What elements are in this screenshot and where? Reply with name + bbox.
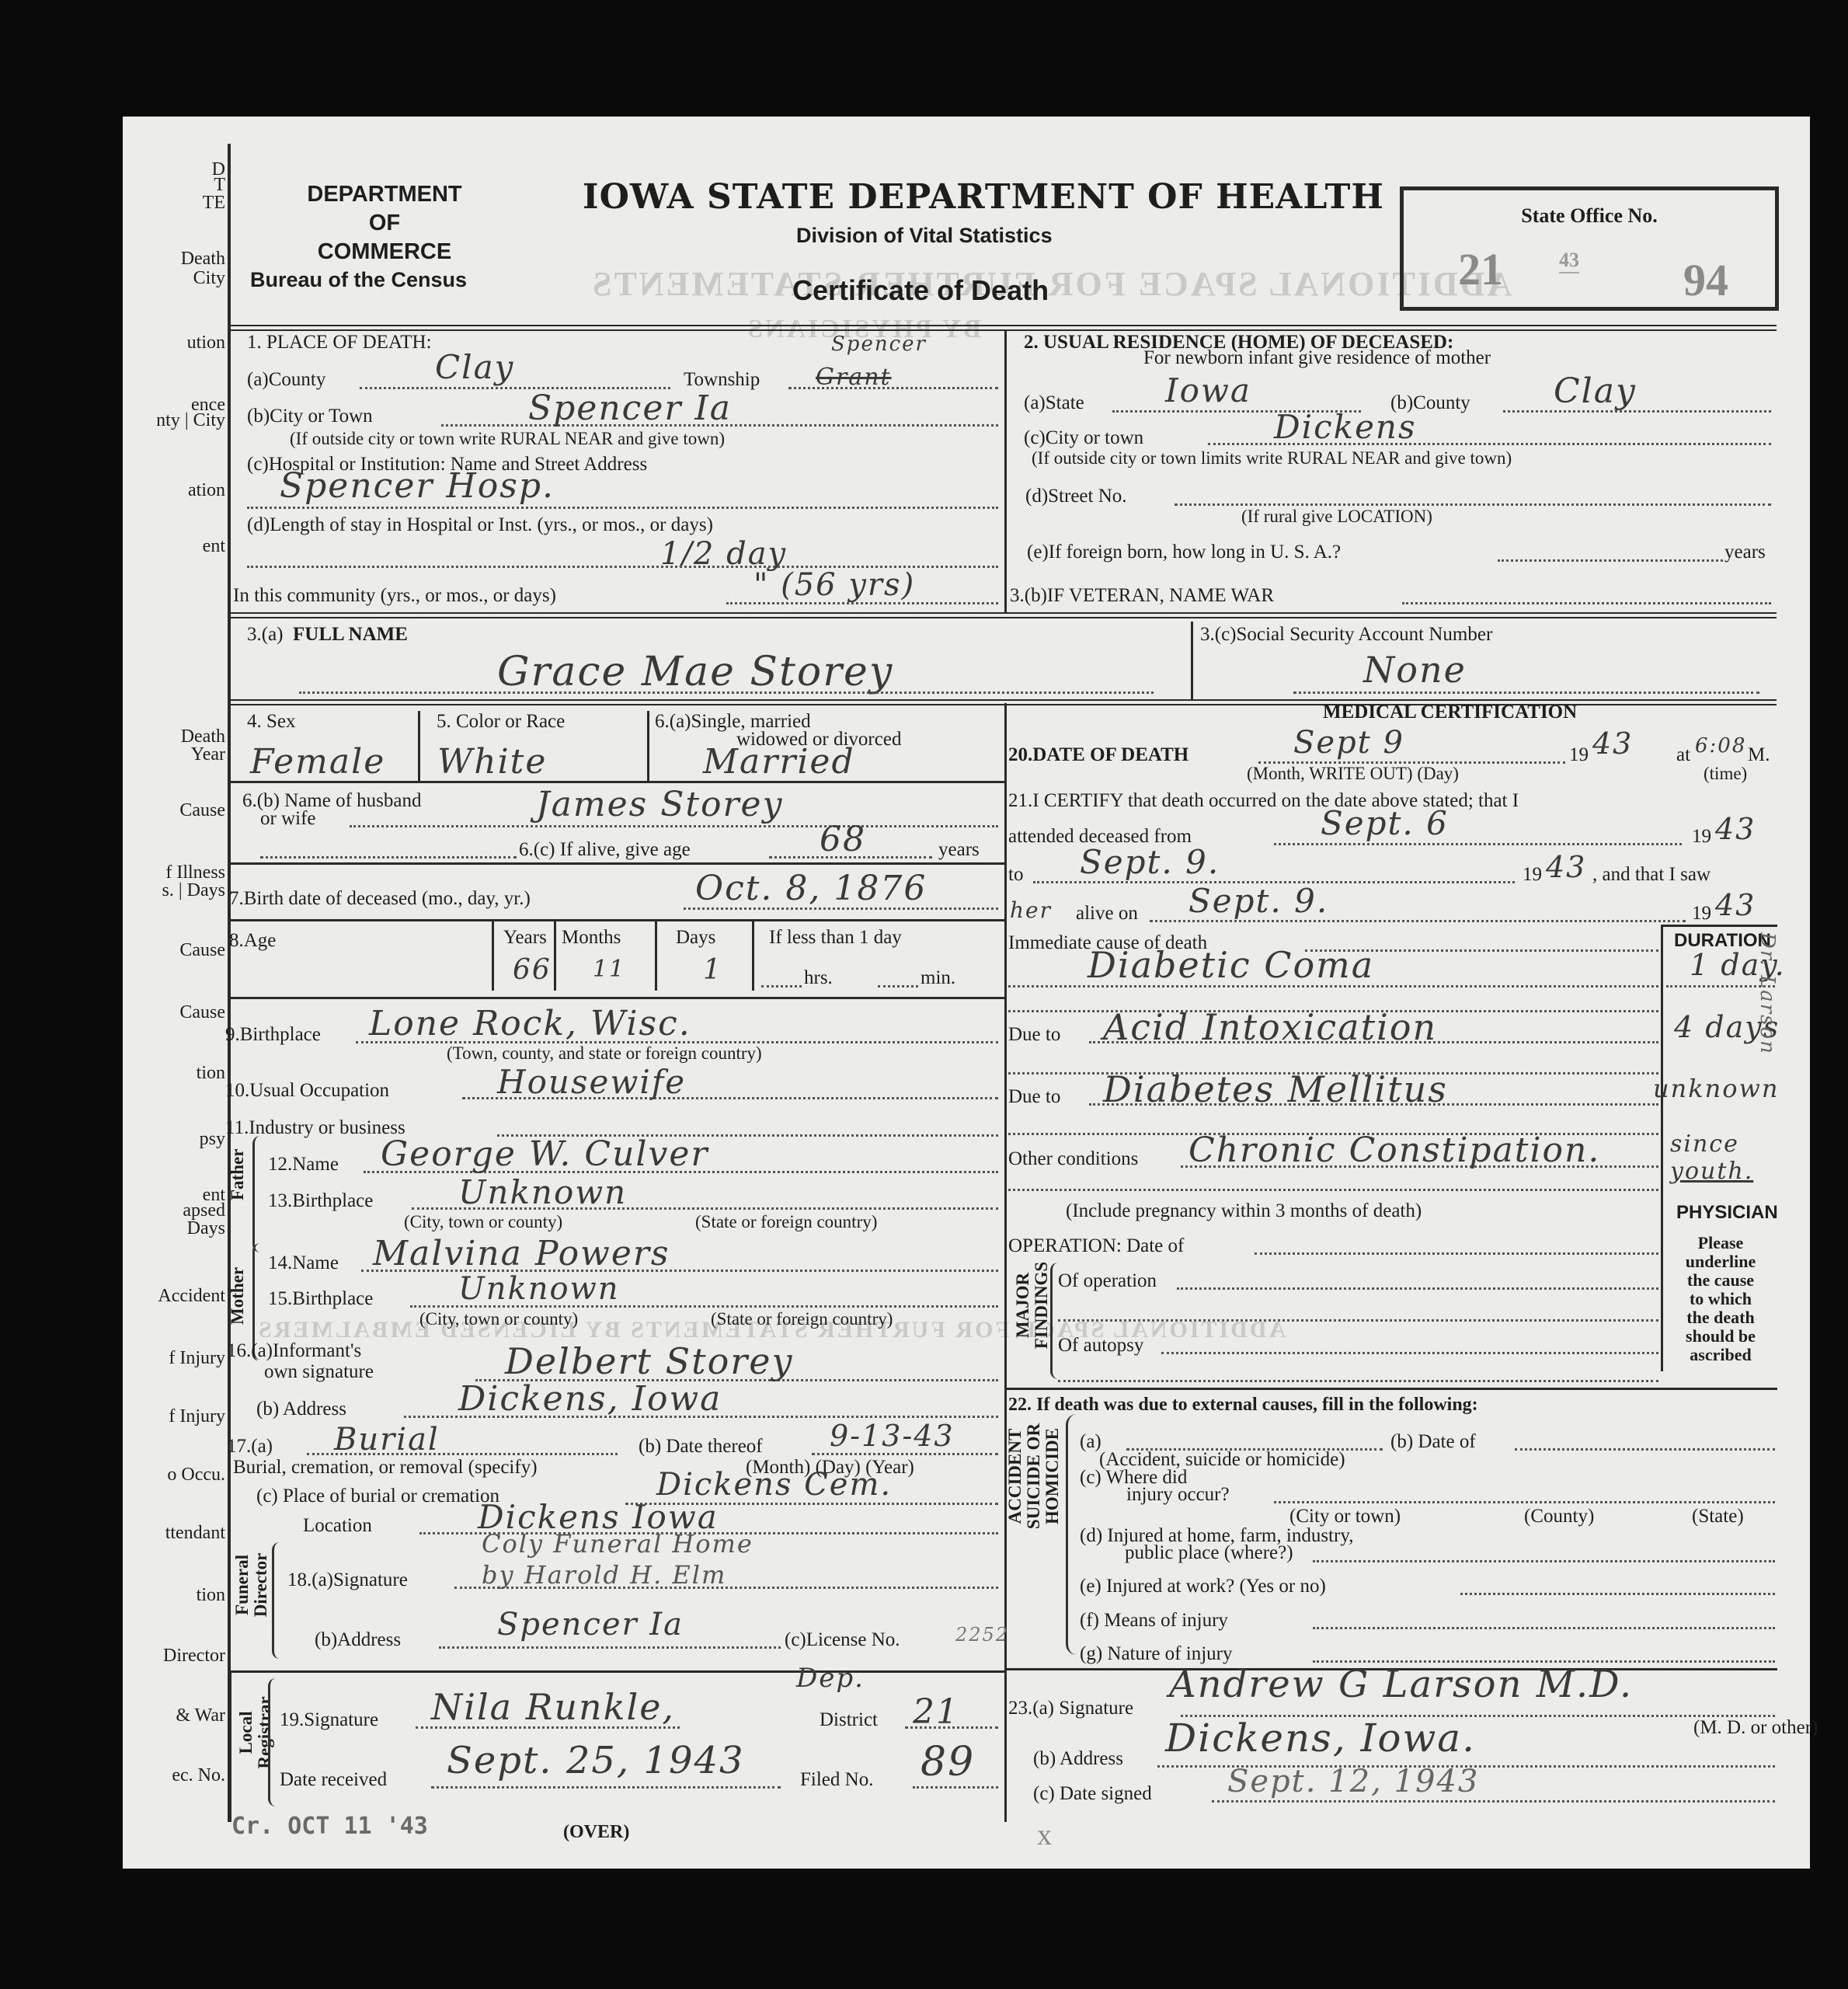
alive-prefix[interactable]: her	[1010, 897, 1052, 923]
race-value[interactable]: White	[437, 742, 547, 782]
physician-note-line: the death	[1666, 1308, 1775, 1327]
physician-signature-label: 23.(a) Signature	[1008, 1698, 1133, 1719]
x-mark: x	[1037, 1818, 1052, 1852]
registrar-signature-label: 19.Signature	[280, 1709, 378, 1731]
external-c-note-city: (City or town)	[1289, 1506, 1401, 1527]
rule-above-registrar	[231, 1670, 1004, 1673]
spouse-line-2	[260, 856, 517, 859]
due1-value[interactable]: Acid Intoxication	[1103, 1006, 1437, 1048]
marital-value[interactable]: Married	[703, 742, 855, 782]
due2-label: Due to	[1008, 1086, 1060, 1108]
saw-label: , and that I saw	[1592, 864, 1711, 886]
physician-note-line: Please	[1666, 1234, 1775, 1252]
left-margin-cell: ution	[124, 333, 225, 354]
age-div-3	[655, 921, 657, 991]
full-name-number: 3.(a)	[247, 624, 284, 645]
left-margin-cell: o Occu.	[124, 1465, 225, 1486]
funeral-address-label: (b)Address	[315, 1629, 401, 1651]
age-days-label: Days	[676, 927, 715, 949]
dept-line-3: COMMERCE	[284, 238, 485, 266]
death-time-prefix: at	[1676, 744, 1690, 766]
left-margin-divider	[228, 144, 231, 1822]
ssn-divider	[1191, 622, 1193, 699]
of-autopsy-line-2	[1058, 1380, 1658, 1382]
immediate-value[interactable]: Diabetic Coma	[1088, 944, 1374, 986]
burial-place-label: (c) Place of burial or cremation	[256, 1486, 499, 1507]
physician-date-label: (c) Date signed	[1033, 1783, 1152, 1805]
state-office-no-right: 94	[1683, 254, 1728, 306]
burial-note-left: Burial, cremation, or removal (specify)	[233, 1457, 538, 1479]
funeral-signature-label: 18.(a)Signature	[287, 1569, 408, 1591]
mother-side-label: Mother	[228, 1267, 248, 1325]
received-stamp: Cr. OCT 11 '43	[231, 1813, 428, 1840]
age-years-label: Years	[503, 927, 547, 949]
physician-address-label: (b) Address	[1033, 1748, 1123, 1770]
township-value[interactable]: Spencer	[831, 333, 927, 356]
external-d-line	[1313, 1560, 1775, 1562]
death-date-value[interactable]: Sept 9	[1293, 725, 1404, 761]
left-margin-cell: ation	[124, 480, 225, 501]
informant-label-2: own signature	[264, 1361, 374, 1383]
industry-label: 11.Industry or business	[225, 1117, 405, 1139]
state-office-no-mid: 43	[1559, 249, 1579, 273]
stay-label: (d)Length of stay in Hospital or Inst. (…	[247, 514, 713, 536]
physician-signature-note: (M. D. or other)	[1693, 1717, 1818, 1739]
ssn-line	[1293, 691, 1759, 694]
age-div-4	[752, 921, 754, 991]
attended-from-year-prefix: 19	[1692, 826, 1711, 848]
physician-date-value[interactable]: Sept. 12, 1943	[1227, 1764, 1479, 1799]
township-struck: Grant	[816, 364, 892, 391]
burial-date-label: (b) Date thereof	[639, 1436, 763, 1458]
pregnancy-note: (Include pregnancy within 3 months of de…	[1066, 1200, 1422, 1222]
hospital-value[interactable]: Spencer Hosp.	[280, 466, 555, 506]
external-c-line	[1274, 1501, 1775, 1503]
of-autopsy-label: Of autopsy	[1058, 1335, 1143, 1357]
father-brace	[252, 1136, 264, 1252]
of-autopsy-line	[1161, 1352, 1658, 1354]
age-less-label: If less than 1 day	[769, 927, 902, 949]
spouse-label-2: or wife	[260, 808, 316, 830]
city-value[interactable]: Spencer Ia	[528, 388, 732, 428]
occupation-value[interactable]: Housewife	[497, 1063, 686, 1101]
age-months-value[interactable]: 11	[593, 956, 625, 983]
spouse-age-unit: years	[938, 839, 980, 861]
physician-heading: PHYSICIAN	[1676, 1202, 1778, 1224]
filed-label: Filed No.	[800, 1769, 873, 1791]
res-city-note: (If outside city or town limits write RU…	[1032, 448, 1512, 469]
res-county-value[interactable]: Clay	[1554, 371, 1637, 411]
mother-birthplace-label: 15.Birthplace	[268, 1288, 373, 1310]
duration-4-line2[interactable]: youth.	[1670, 1158, 1753, 1185]
left-margin-cell: nty | City	[124, 410, 225, 431]
spouse-age-value[interactable]: 68	[820, 820, 866, 859]
medical-heading: MEDICAL CERTIFICATION	[1323, 702, 1577, 723]
external-c-note-county: (County)	[1524, 1506, 1594, 1527]
left-margin-cell: ent	[124, 536, 225, 557]
death-time-suffix: M.	[1748, 744, 1770, 766]
header-rule	[231, 325, 1777, 331]
section-divider-top	[1004, 330, 1007, 614]
funeral-director-side-label: Funeral Director	[233, 1538, 270, 1632]
mother-note-state: (State or foreign country)	[711, 1309, 893, 1329]
age-years-value[interactable]: 66	[513, 954, 552, 986]
dept-line-2: OF	[284, 209, 485, 238]
left-margin-cell: Death	[124, 249, 225, 270]
death-year-prefix: 19	[1569, 744, 1589, 766]
left-margin-cell: TE	[124, 193, 225, 214]
duration-top-rule	[1661, 925, 1777, 927]
license-label: (c)License No.	[785, 1629, 900, 1651]
full-name-label: 3.(a) FULL NAME	[247, 624, 408, 646]
father-name-value[interactable]: George W. Culver	[381, 1134, 708, 1174]
of-operation-label: Of operation	[1058, 1270, 1157, 1292]
father-birthplace-label: 13.Birthplace	[268, 1190, 373, 1212]
external-c-label-2: injury occur?	[1126, 1484, 1230, 1506]
dept-line-1: DEPARTMENT	[284, 180, 485, 209]
left-margin-cell: s. | Days	[124, 880, 225, 901]
filed-value[interactable]: 89	[921, 1739, 975, 1785]
external-f-line	[1313, 1627, 1775, 1629]
spouse-line	[350, 825, 998, 827]
sex-divider	[418, 711, 420, 781]
rule-under-section-2	[231, 612, 1777, 618]
burial-location-label: Location	[303, 1515, 372, 1537]
father-side-label: Father	[228, 1149, 248, 1200]
to-label: to	[1008, 864, 1023, 886]
immediate-line-2	[1008, 985, 1658, 988]
attended-to-value[interactable]: Sept. 9.	[1080, 843, 1220, 881]
external-a-label: (a)	[1080, 1431, 1101, 1453]
informant-address-value[interactable]: Dickens, Iowa	[458, 1379, 722, 1419]
burial-label: 17.(a)	[227, 1436, 273, 1458]
ghost-text-top: ADDITIONAL SPACE FOR FURTHER STATEMENTS	[590, 264, 1512, 304]
division-title: Division of Vital Statistics	[796, 224, 1053, 248]
death-date-label: 20.DATE OF DEATH	[1008, 744, 1188, 765]
registrar-left-border	[229, 1670, 231, 1822]
hrs-line	[761, 985, 802, 988]
full-name-heading: FULL NAME	[293, 624, 408, 645]
rule-under-age	[231, 997, 1004, 999]
community-value[interactable]: " (56 yrs)	[753, 567, 915, 603]
other-value[interactable]: Chronic Constipation.	[1188, 1130, 1600, 1170]
mother-name-label: 14.Name	[268, 1252, 339, 1274]
external-f-label: (f) Means of injury	[1080, 1610, 1228, 1632]
left-margin-cell: psy	[124, 1129, 225, 1150]
age-label: 8.Age	[229, 930, 276, 952]
death-year-value[interactable]: 43	[1592, 726, 1633, 761]
age-hrs-label: hrs.	[804, 967, 833, 989]
alive-line	[1150, 920, 1686, 922]
district-value[interactable]: 21	[913, 1692, 959, 1732]
district-label: District	[820, 1709, 878, 1731]
left-margin-cell: Year	[124, 744, 225, 765]
res-foreign-unit: years	[1724, 542, 1766, 563]
funeral-signature-line1[interactable]: Coly Funeral Home	[482, 1529, 753, 1559]
burial-date-line	[812, 1453, 998, 1455]
other-label: Other conditions	[1008, 1148, 1138, 1170]
state-office-box: State Office No. 21 43 94	[1400, 186, 1779, 311]
external-side-label: ACCIDENT SUICIDE OR HOMICIDE	[1006, 1391, 1062, 1562]
filed-line	[913, 1786, 998, 1789]
state-office-label: State Office No.	[1404, 204, 1775, 228]
attended-to-year-prefix: 19	[1523, 864, 1542, 886]
received-label: Date received	[280, 1769, 387, 1791]
external-heading: 22. If death was due to external causes,…	[1008, 1395, 1478, 1416]
over-label: (OVER)	[563, 1822, 629, 1843]
external-d-label-2: public place (where?)	[1125, 1542, 1293, 1564]
physician-signature-value[interactable]: Andrew G Larson M.D.	[1169, 1663, 1633, 1706]
alive-year-prefix: 19	[1692, 903, 1711, 925]
external-b-label: (b) Date of	[1390, 1431, 1476, 1453]
res-city-value[interactable]: Dickens	[1274, 408, 1417, 446]
due2-value[interactable]: Diabetes Mellitus	[1103, 1068, 1448, 1110]
left-margin-cell: f Injury	[124, 1348, 225, 1369]
external-b-line	[1515, 1448, 1775, 1451]
left-margin-cell: Director	[124, 1646, 225, 1667]
funeral-address-line	[439, 1646, 781, 1649]
res-city-label: (c)City or town	[1024, 427, 1143, 449]
community-label: In this community (yrs., or mos., or day…	[233, 585, 556, 607]
mother-name-value[interactable]: Malvina Powers	[373, 1234, 670, 1273]
left-margin-cell: City	[124, 268, 225, 289]
attended-from-line	[1274, 843, 1682, 845]
informant-label-1: 16.(a)Informant's	[227, 1340, 361, 1362]
left-margin-cell: Cause	[124, 940, 225, 961]
father-name-label: 12.Name	[268, 1154, 339, 1176]
physician-note-line: to which	[1666, 1290, 1775, 1308]
birthplace-note: (Town, county, and state or foreign coun…	[447, 1043, 762, 1064]
place-of-death-heading: 1. PLACE OF DEATH:	[247, 332, 432, 354]
registrar-brace	[268, 1678, 280, 1806]
left-margin-cell: Cause	[124, 800, 225, 821]
county-value[interactable]: Clay	[435, 348, 514, 386]
mother-note-city: (City, town or county)	[419, 1309, 578, 1329]
res-state-value[interactable]: Iowa	[1165, 371, 1251, 409]
full-name-line	[299, 691, 1154, 694]
margin-note: Dr. Larson	[1756, 932, 1779, 1055]
race-divider	[647, 711, 649, 781]
veteran-label: 3.(b)IF VETERAN, NAME WAR	[1010, 585, 1274, 607]
received-line	[431, 1786, 781, 1789]
sex-label: 4. Sex	[247, 711, 296, 733]
duration-divider	[1661, 925, 1663, 1371]
left-margin-cell: tion	[124, 1585, 225, 1606]
age-div-2	[554, 921, 556, 991]
rule-under-spouse	[231, 862, 1004, 865]
physician-note-line: ascribed	[1666, 1346, 1775, 1364]
city-label: (b)City or Town	[247, 406, 373, 427]
death-time-note: (time)	[1704, 764, 1747, 784]
age-min-label: min.	[921, 967, 955, 989]
age-months-label: Months	[562, 927, 621, 949]
of-operation-line-2	[1058, 1319, 1658, 1322]
other-line-bottom	[1008, 1189, 1658, 1191]
birth-label: 7.Birth date of deceased (mo., day, yr.)	[229, 888, 531, 910]
physician-date-line	[1212, 1800, 1775, 1803]
external-c-note-state: (State)	[1692, 1506, 1744, 1527]
death-date-note: (Month, WRITE OUT) (Day)	[1247, 764, 1459, 784]
occupation-label: 10.Usual Occupation	[225, 1080, 389, 1102]
left-margin-cell: Accident	[124, 1286, 225, 1307]
left-margin-cell: tion	[124, 1063, 225, 1084]
alive-label: alive on	[1076, 903, 1138, 925]
registrar-signature-suffix: Dep.	[796, 1663, 865, 1694]
duration-4-line1[interactable]: since	[1670, 1130, 1739, 1158]
res-street-note: (If rural give LOCATION)	[1241, 507, 1432, 527]
res-street-line	[1175, 503, 1771, 506]
registrar-signature-value[interactable]: Nila Runkle,	[431, 1686, 675, 1728]
age-div-1	[492, 921, 494, 991]
father-note-city: (City, town or county)	[404, 1212, 562, 1232]
res-foreign-label: (e)If foreign born, how long in U. S. A.…	[1027, 542, 1341, 563]
external-g-label: (g) Nature of injury	[1080, 1643, 1232, 1665]
operation-line	[1255, 1252, 1658, 1255]
rule-under-sex	[231, 781, 1004, 783]
res-foreign-line	[1498, 559, 1723, 562]
attended-from-year[interactable]: 43	[1715, 812, 1756, 846]
external-brace	[1066, 1414, 1079, 1655]
major-findings-side-label: MAJOR FINDINGS	[1014, 1247, 1051, 1364]
alive-year[interactable]: 43	[1715, 888, 1756, 922]
burial-date-value[interactable]: 9-13-43	[830, 1419, 955, 1453]
left-margin-cell: ttendant	[124, 1523, 225, 1544]
physician-note: Pleaseunderlinethe causeto whichthe deat…	[1666, 1234, 1775, 1364]
alive-value[interactable]: Sept. 9.	[1188, 882, 1328, 920]
res-state-label: (a)State	[1024, 392, 1084, 414]
informant-value[interactable]: Delbert Storey	[505, 1340, 793, 1382]
birthplace-label: 9.Birthplace	[225, 1024, 321, 1046]
bureau-of-census: Bureau of the Census	[250, 268, 467, 292]
death-time-value[interactable]: 6:08	[1695, 734, 1746, 758]
physician-address-value[interactable]: Dickens, Iowa.	[1165, 1716, 1476, 1761]
full-name-value[interactable]: Grace Mae Storey	[497, 649, 893, 695]
birthplace-value[interactable]: Lone Rock, Wisc.	[369, 1004, 691, 1043]
county-label: (a)County	[247, 369, 325, 391]
hospital-line	[247, 507, 998, 509]
sex-value[interactable]: Female	[250, 742, 385, 782]
funeral-brace	[272, 1542, 284, 1659]
father-note-state: (State or foreign country)	[695, 1212, 877, 1232]
ssn-value[interactable]: None	[1363, 649, 1467, 691]
spouse-age-label: 6.(c) If alive, give age	[519, 839, 691, 861]
external-e-label: (e) Injured at work? (Yes or no)	[1080, 1576, 1326, 1597]
birth-value[interactable]: Oct. 8, 1876	[695, 869, 927, 908]
rule-above-external	[1006, 1388, 1777, 1390]
certificate-title: Certificate of Death	[792, 274, 1049, 307]
attended-from-value[interactable]: Sept. 6	[1321, 804, 1449, 842]
funeral-signature-line2[interactable]: by Harold H. Elm	[482, 1560, 726, 1590]
city-note: (If outside city or town write RURAL NEA…	[290, 429, 725, 449]
ssn-label: 3.(c)Social Security Account Number	[1200, 624, 1492, 646]
of-operation-line	[1177, 1287, 1658, 1290]
department-of-commerce: DEPARTMENT OF COMMERCE	[284, 180, 485, 266]
physician-note-line: the cause	[1666, 1271, 1775, 1290]
min-line	[878, 985, 918, 988]
medical-divider	[1004, 703, 1007, 1822]
page-title: IOWA STATE DEPARTMENT OF HEALTH	[583, 177, 1384, 217]
physician-note-line: should be	[1666, 1327, 1775, 1346]
race-label: 5. Color or Race	[437, 711, 565, 733]
mother-birthplace-value[interactable]: Unknown	[458, 1271, 620, 1307]
due1-label: Due to	[1008, 1024, 1060, 1046]
funeral-address-value[interactable]: Spencer Ia	[497, 1607, 684, 1642]
informant-address-label: (b) Address	[256, 1399, 346, 1420]
duration-3[interactable]: unknown	[1653, 1074, 1779, 1103]
veteran-line	[1402, 602, 1771, 604]
left-margin-cell: f Injury	[124, 1406, 225, 1427]
left-margin-cell: Cause	[124, 1002, 225, 1023]
left-margin-cell: ec. No.	[124, 1765, 225, 1786]
left-margin-cell: & War	[124, 1705, 225, 1726]
left-margin-cell: Days	[124, 1218, 225, 1239]
township-label: Township	[684, 369, 760, 391]
attended-to-year[interactable]: 43	[1546, 850, 1586, 884]
state-office-no-left: 21	[1458, 243, 1503, 295]
spouse-value[interactable]: James Storey	[536, 785, 783, 824]
usual-residence-subheading: For newborn infant give residence of mot…	[1143, 347, 1491, 369]
external-e-line	[1460, 1593, 1775, 1595]
rule-under-birth	[231, 919, 1004, 921]
physician-note-line: underline	[1666, 1252, 1775, 1271]
res-street-label: (d)Street No.	[1025, 486, 1127, 507]
license-value[interactable]: 2252	[955, 1624, 1009, 1646]
father-birthplace-value[interactable]: Unknown	[458, 1173, 627, 1211]
age-days-value[interactable]: 1	[703, 954, 722, 986]
burial-value[interactable]: Burial	[334, 1422, 440, 1458]
res-county-line	[1503, 410, 1771, 413]
received-value[interactable]: Sept. 25, 1943	[447, 1739, 745, 1782]
